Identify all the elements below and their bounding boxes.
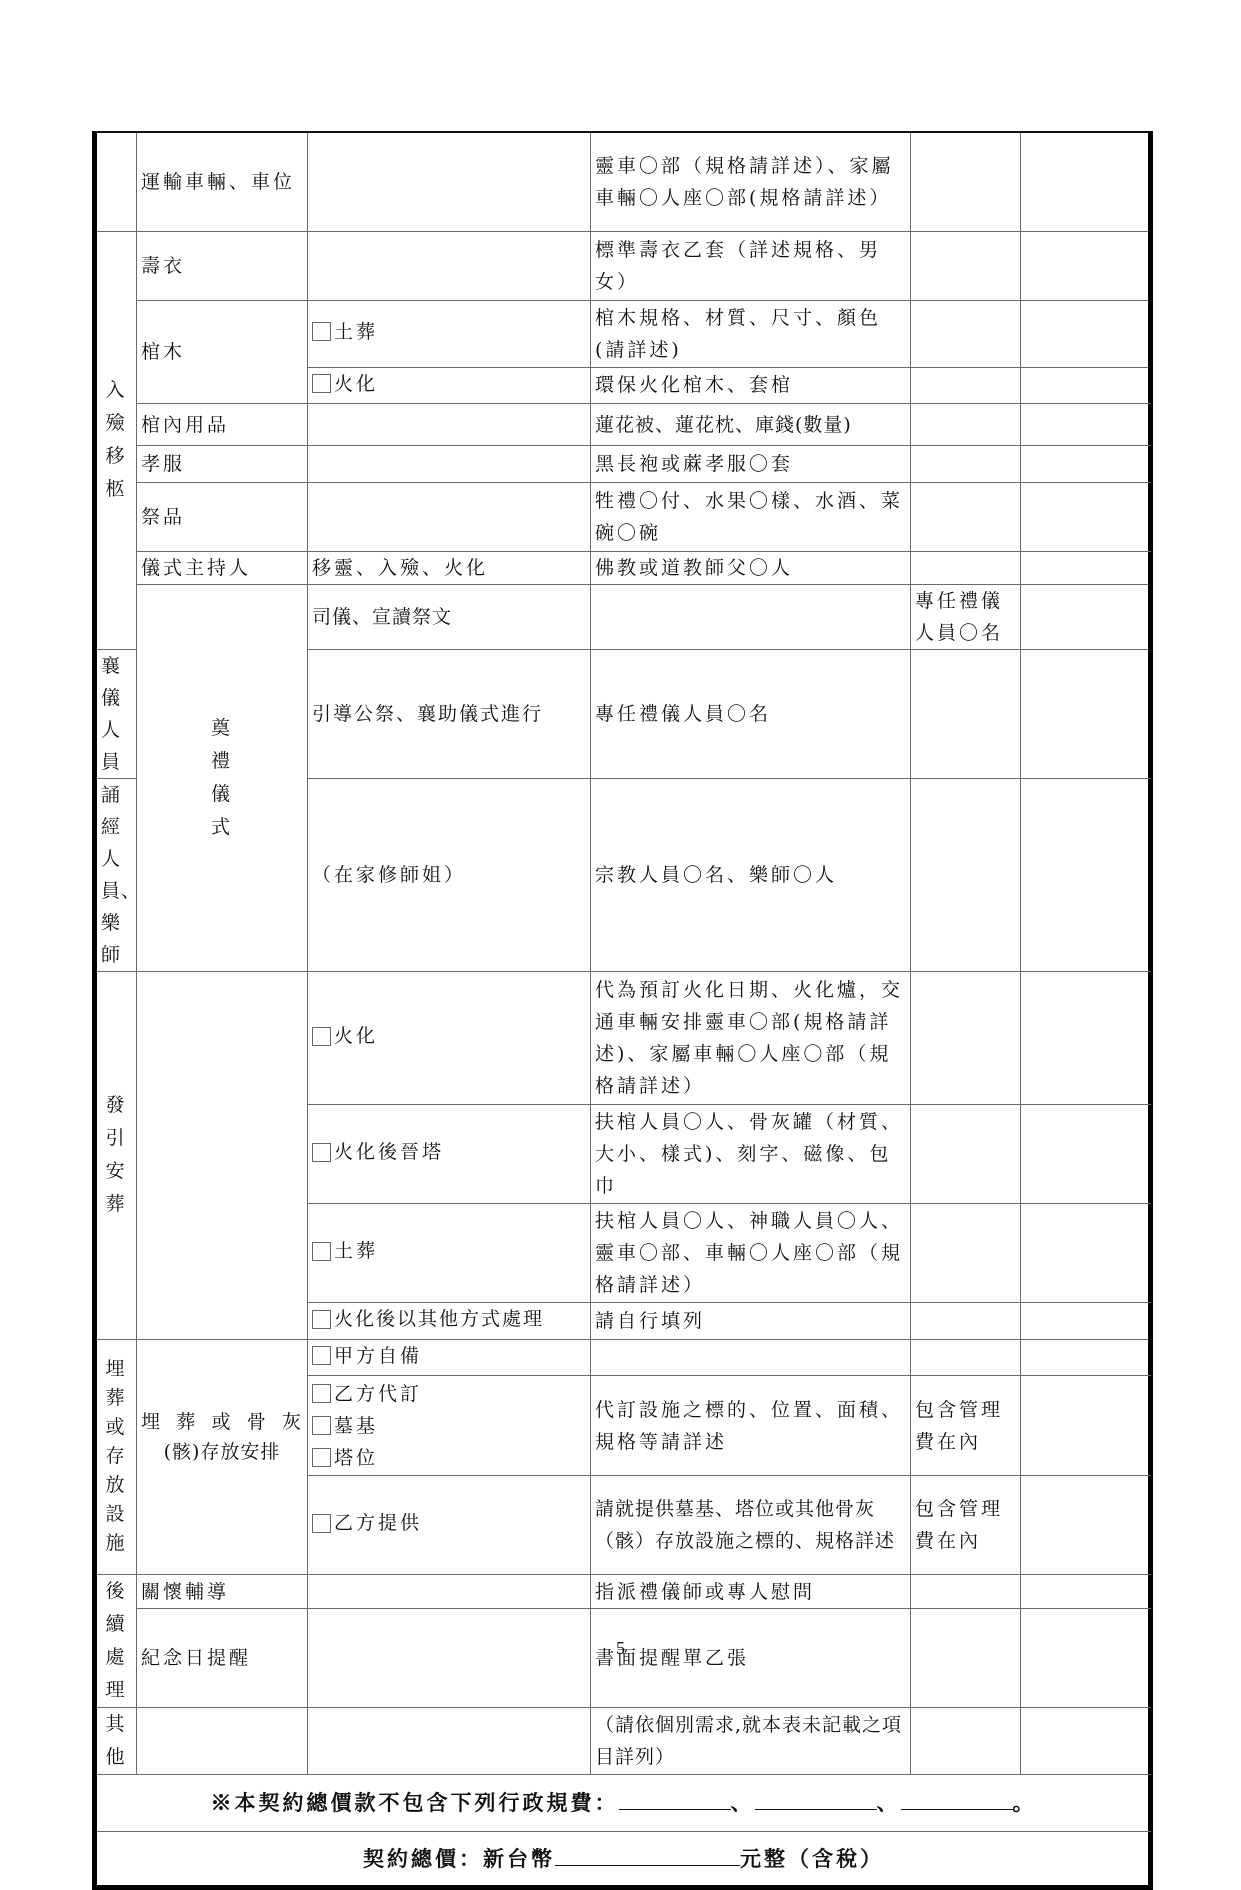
remark-cell[interactable] — [1021, 483, 1151, 552]
spec-cell: 環保火化棺木、套棺 — [591, 367, 911, 404]
remark-cell[interactable] — [1021, 446, 1151, 483]
item-cell: 司儀、宣讀祭文 — [308, 585, 591, 650]
option-cell: 土葬 — [308, 300, 591, 367]
remark-cell[interactable] — [1021, 779, 1151, 972]
checkbox[interactable] — [312, 1310, 331, 1329]
remark-cell[interactable] — [1021, 231, 1151, 300]
section-memorial: 奠 禮 儀 式 — [137, 585, 308, 972]
table-row-offerings: 祭品 牲禮〇付、水果〇樣、水酒、菜碗〇碗 — [95, 483, 1151, 552]
price-cell[interactable] — [911, 446, 1021, 483]
remark-cell[interactable] — [1021, 300, 1151, 367]
note-cell — [308, 483, 591, 552]
option-cell: 乙方提供 — [308, 1476, 591, 1575]
price-cell[interactable] — [911, 231, 1021, 300]
option-cell: 火化後晉塔 — [308, 1105, 591, 1204]
table-row-transport: 運輸車輛、車位 靈車〇部（規格請詳述）、家屬車輛〇人座〇部(規格請詳述） — [95, 132, 1151, 231]
note-cell — [308, 446, 591, 483]
remark-cell[interactable] — [1021, 1339, 1151, 1376]
price-cell: 包含管理費在內 — [911, 1476, 1021, 1575]
item-cell: 儀式主持人 — [137, 552, 308, 585]
table-row-other: 其 他 （請依個別需求,就本表未記載之項目詳列） — [95, 1708, 1151, 1775]
table-row-total-price: 契約總價：新台幣元整（含稅） — [95, 1832, 1151, 1888]
section-other: 其 他 — [95, 1708, 137, 1775]
funeral-service-table: 運輸車輛、車位 靈車〇部（規格請詳述）、家屬車輛〇人座〇部(規格請詳述） 入 殮… — [92, 131, 1153, 1890]
note-cell: （在家修師姐） — [308, 779, 591, 972]
section-cell-empty — [95, 132, 137, 231]
spec-cell: 請自行填列 — [591, 1303, 911, 1340]
remark-cell[interactable] — [1021, 552, 1151, 585]
remark-cell[interactable] — [1021, 1476, 1151, 1575]
price-cell[interactable] — [911, 1575, 1021, 1609]
admin-fee-blank-1[interactable] — [619, 1787, 731, 1810]
price-cell[interactable] — [1021, 585, 1151, 650]
remark-cell[interactable] — [1021, 650, 1151, 779]
price-cell[interactable] — [911, 650, 1021, 779]
option-cell: 火化 — [308, 972, 591, 1105]
admin-fee-statement: ※本契約總價款不包含下列行政規費：、、。 — [95, 1775, 1151, 1832]
price-cell[interactable] — [911, 1708, 1021, 1775]
item-cell: 壽衣 — [137, 231, 308, 300]
table-row-coffin-burial: 棺木 土葬 棺木規格、材質、尺寸、顏色(請詳述) — [95, 300, 1151, 367]
remark-cell[interactable] — [1021, 1105, 1151, 1204]
price-cell[interactable] — [911, 1339, 1021, 1376]
option-cell: 甲方自備 — [308, 1339, 591, 1376]
note-cell — [308, 231, 591, 300]
table-row-mourning-clothes: 孝服 黑長袍或蔴孝服〇套 — [95, 446, 1151, 483]
contract-page: 運輸車輛、車位 靈車〇部（規格請詳述）、家屬車輛〇人座〇部(規格請詳述） 入 殮… — [0, 0, 1241, 1755]
item-cell: 運輸車輛、車位 — [137, 132, 308, 231]
price-cell[interactable] — [911, 367, 1021, 404]
spec-cell: 蓮花被、蓮花枕、庫錢(數量) — [591, 404, 911, 446]
table-row-coffin-items: 棺內用品 蓮花被、蓮花枕、庫錢(數量) — [95, 404, 1151, 446]
price-cell[interactable] — [911, 552, 1021, 585]
table-row-shroud: 入 殮 移 柩 壽衣 標準壽衣乙套（詳述規格、男女） — [95, 231, 1151, 300]
option-cell: 火化 — [308, 367, 591, 404]
remark-cell[interactable] — [1021, 1204, 1151, 1303]
item-cell: 關懷輔導 — [137, 1575, 308, 1609]
note-cell — [308, 1575, 591, 1609]
checkbox[interactable] — [312, 374, 331, 393]
spec-cell: 專任禮儀人員〇名 — [911, 585, 1021, 650]
section-burial: 發 引 安 葬 — [95, 972, 137, 1340]
remark-cell[interactable] — [1021, 1708, 1151, 1775]
spec-cell: 指派禮儀師或專人慰問 — [591, 1575, 911, 1609]
remark-cell[interactable] — [1021, 1575, 1151, 1609]
remark-cell[interactable] — [1021, 404, 1151, 446]
note-cell — [308, 132, 591, 231]
admin-fee-blank-2[interactable] — [755, 1787, 877, 1810]
spec-cell: 請就提供墓基、塔位或其他骨灰（骸）存放設施之標的、規格詳述 — [591, 1476, 911, 1575]
remark-cell[interactable] — [1021, 972, 1151, 1105]
checkbox[interactable] — [312, 1346, 331, 1365]
spec-cell — [591, 1339, 911, 1376]
spec-cell: 扶棺人員〇人、神職人員〇人、靈車〇部、車輛〇人座〇部（規格請詳述） — [591, 1204, 911, 1303]
table-row-ceremony-host: 儀式主持人 移靈、入殮、火化 佛教或道教師父〇人 — [95, 552, 1151, 585]
price-cell[interactable] — [911, 300, 1021, 367]
item-cell: 祭品 — [137, 483, 308, 552]
note-cell: 移靈、入殮、火化 — [308, 552, 591, 585]
table-row-admin-fees: ※本契約總價款不包含下列行政規費：、、。 — [95, 1775, 1151, 1832]
remark-cell[interactable] — [1021, 132, 1151, 231]
price-cell[interactable] — [911, 1303, 1021, 1340]
spec-cell: 靈車〇部（規格請詳述）、家屬車輛〇人座〇部(規格請詳述） — [591, 132, 911, 231]
note-cell — [308, 1708, 591, 1775]
item-cell: 孝服 — [137, 446, 308, 483]
spec-cell: 代為預訂火化日期、火化爐，交通車輛安排靈車〇部(規格請詳述)、家屬車輛〇人座〇部… — [591, 972, 911, 1105]
remark-cell[interactable] — [1021, 1376, 1151, 1476]
spec-cell: 牲禮〇付、水果〇樣、水酒、菜碗〇碗 — [591, 483, 911, 552]
item-cell — [137, 972, 308, 1340]
total-price-statement: 契約總價：新台幣元整（含稅） — [95, 1832, 1151, 1888]
spec-cell: 標準壽衣乙套（詳述規格、男女） — [591, 231, 911, 300]
table-row-burial-cremation: 發 引 安 葬 火化 代為預訂火化日期、火化爐，交通車輛安排靈車〇部(規格請詳述… — [95, 972, 1151, 1105]
checkbox[interactable] — [312, 1514, 331, 1533]
table-row-mc: 奠 禮 儀 式 司儀、宣讀祭文 專任禮儀人員〇名 — [95, 585, 1151, 650]
checkbox[interactable] — [312, 1448, 331, 1467]
item-cell: 棺內用品 — [137, 404, 308, 446]
section-encoffin: 入 殮 移 柩 — [95, 231, 137, 650]
page-number: 5 — [0, 1638, 1241, 1659]
item-cell: 棺木 — [137, 300, 308, 404]
table-row-counseling: 後 續 處 理 關懷輔導 指派禮儀師或專人慰問 — [95, 1575, 1151, 1609]
option-cell: 火化後以其他方式處理 — [308, 1303, 591, 1340]
item-cell — [137, 1708, 308, 1775]
price-cell[interactable] — [911, 404, 1021, 446]
option-cell: 乙方代訂 墓基 塔位 — [308, 1376, 591, 1476]
spec-cell: 佛教或道教師父〇人 — [591, 552, 911, 585]
item-cell: 誦經人員、樂師 — [95, 779, 137, 972]
spec-cell: 代訂設施之標的、位置、面積、規格等請詳述 — [591, 1376, 911, 1476]
checkbox[interactable] — [312, 322, 331, 341]
remark-cell[interactable] — [1021, 367, 1151, 404]
table-row-storage-self: 埋 葬 或 存 放 設 施 埋葬或骨灰 (骸)存放安排 甲方自備 — [95, 1339, 1151, 1376]
price-cell[interactable] — [911, 483, 1021, 552]
total-price-blank[interactable] — [555, 1843, 740, 1866]
spec-cell: 棺木規格、材質、尺寸、顏色(請詳述) — [591, 300, 911, 367]
spec-cell: 專任禮儀人員〇名 — [591, 650, 911, 779]
note-cell: 引導公祭、襄助儀式進行 — [308, 650, 591, 779]
checkbox[interactable] — [312, 1384, 331, 1403]
checkbox[interactable] — [312, 1416, 331, 1435]
note-cell — [308, 404, 591, 446]
option-cell: 土葬 — [308, 1204, 591, 1303]
price-cell: 包含管理費在內 — [911, 1376, 1021, 1476]
checkbox[interactable] — [312, 1027, 331, 1046]
note-cell — [591, 585, 911, 650]
spec-cell: 宗教人員〇名、樂師〇人 — [591, 779, 911, 972]
section-storage: 埋 葬 或 存 放 設 施 — [95, 1339, 137, 1575]
checkbox[interactable] — [312, 1242, 331, 1261]
price-cell[interactable] — [911, 1204, 1021, 1303]
spec-cell: 扶棺人員〇人、骨灰罐（材質、大小、樣式)、刻字、磁像、包巾 — [591, 1105, 911, 1204]
spec-cell: 黑長袍或蔴孝服〇套 — [591, 446, 911, 483]
spec-cell: （請依個別需求,就本表未記載之項目詳列） — [591, 1708, 911, 1775]
price-cell[interactable] — [911, 1105, 1021, 1204]
item-cell: 埋葬或骨灰 (骸)存放安排 — [137, 1339, 308, 1575]
price-cell[interactable] — [911, 132, 1021, 231]
item-cell: 襄儀人員 — [95, 650, 137, 779]
price-cell[interactable] — [911, 972, 1021, 1105]
price-cell[interactable] — [911, 779, 1021, 972]
remark-cell[interactable] — [1021, 1303, 1151, 1340]
admin-fee-blank-3[interactable] — [901, 1787, 1013, 1810]
checkbox[interactable] — [312, 1143, 331, 1162]
